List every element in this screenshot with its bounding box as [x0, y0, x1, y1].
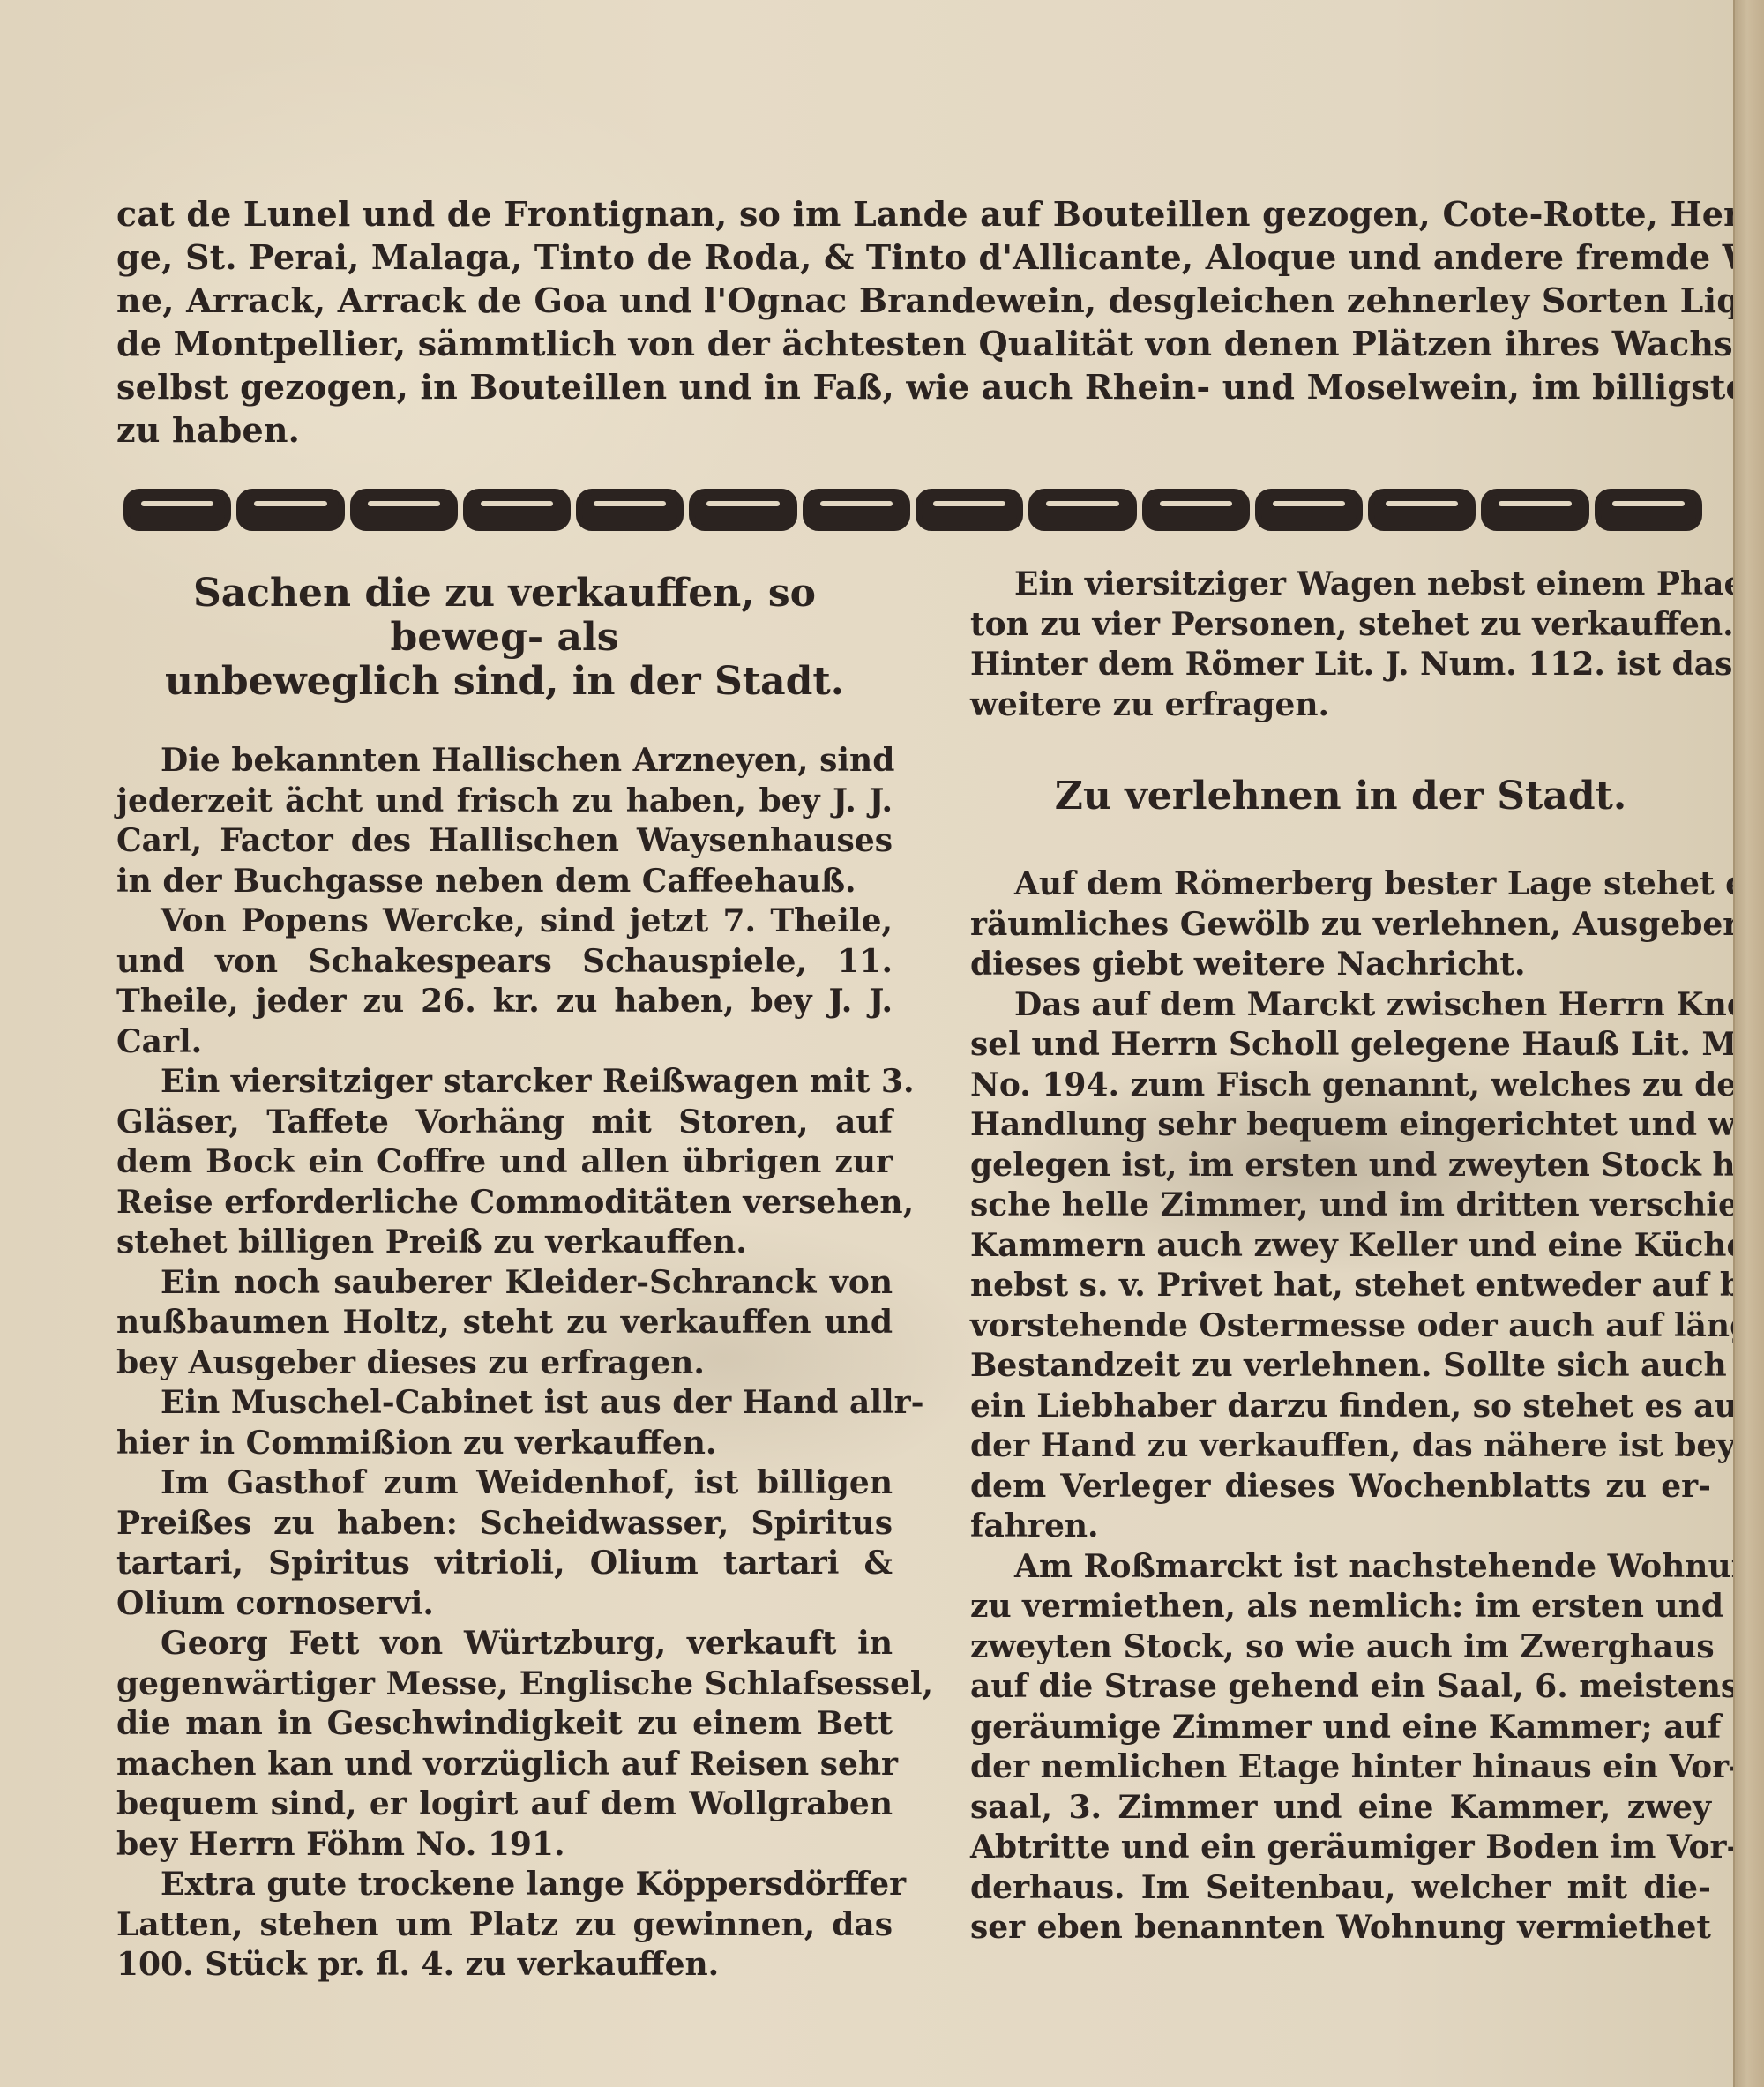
- text-line: Olium cornoservi.: [116, 1584, 893, 1625]
- text-line: derhaus. Im Seitenbau, welcher mit die-: [970, 1868, 1711, 1909]
- text-line: Gläser, Taffete Vorhäng mit Storen, auf: [116, 1103, 893, 1143]
- text-line: Im Gasthof zum Weidenhof, ist billigen: [116, 1463, 893, 1504]
- text-line: dem Verleger dieses Wochenblatts zu er-: [970, 1467, 1711, 1507]
- text-line: Ein Muschel-Cabinet ist aus der Hand all…: [116, 1383, 893, 1424]
- text-line: Latten, stehen um Platz zu gewinnen, das: [116, 1905, 893, 1946]
- chain-link-icon: [1595, 489, 1702, 531]
- notice-roemerberg-gewoelb: Auf dem Römerberg bester Lage stehet ein…: [970, 864, 1711, 985]
- notice-haus-zum-fisch: Das auf dem Marckt zwischen Herrn Knei- …: [970, 985, 1711, 1547]
- text-line: Carl, Factor des Hallischen Waysenhauses: [116, 821, 893, 862]
- text-line: Preißes zu haben: Scheidwasser, Spiritus: [116, 1504, 893, 1545]
- text-line: fahren.: [970, 1507, 1711, 1547]
- text-line: selbst gezogen, in Bouteillen und in Faß…: [116, 365, 1713, 408]
- continued-wine-advertisement: cat de Lunel und de Frontignan, so im La…: [116, 192, 1713, 452]
- chain-link-icon: [1028, 489, 1136, 531]
- text-line: ein Liebhaber darzu finden, so stehet es…: [970, 1387, 1711, 1427]
- right-column: Ein viersitziger Wagen nebst einem Phae-…: [970, 565, 1711, 1949]
- chain-link-icon: [576, 489, 684, 531]
- chain-link-icon: [803, 489, 910, 531]
- text-line: nußbaumen Holtz, steht zu verkauffen und: [116, 1303, 893, 1343]
- text-line: zu haben.: [116, 408, 1713, 452]
- text-line: zweyten Stock, so wie auch im Zwerghaus: [970, 1627, 1711, 1668]
- text-line: auf die Strase gehend ein Saal, 6. meist…: [970, 1667, 1711, 1708]
- newspaper-page: cat de Lunel und de Frontignan, so im La…: [0, 0, 1733, 2087]
- adjacent-page-edge: [1733, 0, 1764, 2087]
- chain-link-icon: [1481, 489, 1588, 531]
- chain-link-icon: [689, 489, 796, 531]
- notice-muschel-cabinet: Ein Muschel-Cabinet ist aus der Hand all…: [116, 1383, 893, 1463]
- text-line: gelegen ist, im ersten und zweyten Stock…: [970, 1146, 1711, 1186]
- text-line: ne, Arrack, Arrack de Goa und l'Ognac Br…: [116, 279, 1713, 322]
- chain-link-icon: [916, 489, 1023, 531]
- text-line: dieses giebt weitere Nachricht.: [970, 945, 1711, 985]
- text-line: gegenwärtiger Messe, Englische Schlafses…: [116, 1664, 893, 1705]
- notice-phaeton-wagen: Ein viersitziger Wagen nebst einem Phae-…: [970, 565, 1711, 725]
- text-line: Hinter dem Römer Lit. J. Num. 112. ist d…: [970, 645, 1711, 685]
- text-line: jederzeit ächt und frisch zu haben, bey …: [116, 782, 893, 822]
- text-line: bey Ausgeber dieses zu erfragen.: [116, 1343, 893, 1384]
- text-line: dem Bock ein Coffre und allen übrigen zu…: [116, 1142, 893, 1183]
- text-line: ser eben benannten Wohnung vermiethet: [970, 1908, 1711, 1949]
- text-line: Reise erforderliche Commoditäten versehe…: [116, 1183, 893, 1223]
- left-column: Sachen die zu verkauffen, so beweg- als …: [116, 565, 893, 1986]
- text-line: Abtritte und ein geräumiger Boden im Vor…: [970, 1828, 1711, 1868]
- text-line: räumliches Gewölb zu verlehnen, Ausgeber: [970, 905, 1711, 946]
- text-line: 100. Stück pr. fl. 4. zu verkauffen.: [116, 1945, 893, 1986]
- chain-link-icon: [1255, 489, 1363, 531]
- notice-popens-wercke: Von Popens Wercke, sind jetzt 7. Theile,…: [116, 901, 893, 1062]
- text-line: die man in Geschwindigkeit zu einem Bett: [116, 1704, 893, 1745]
- text-line: Am Roßmarckt ist nachstehende Wohnung: [970, 1547, 1711, 1588]
- text-line: Carl.: [116, 1022, 893, 1063]
- notice-kleider-schranck: Ein noch sauberer Kleider-Schranck von n…: [116, 1263, 893, 1384]
- notice-rossmarckt-wohnung: Am Roßmarckt ist nachstehende Wohnung zu…: [970, 1547, 1711, 1949]
- section-heading-to-let: Zu verlehnen in der Stadt.: [970, 774, 1711, 819]
- text-line: cat de Lunel und de Frontignan, so im La…: [116, 192, 1713, 236]
- chain-link-icon: [1142, 489, 1250, 531]
- text-line: in der Buchgasse neben dem Caffeehauß.: [116, 862, 893, 902]
- notice-georg-fett: Georg Fett von Würtzburg, verkauft in ge…: [116, 1624, 893, 1865]
- text-line: vorstehende Ostermesse oder auch auf län…: [970, 1306, 1711, 1347]
- text-line: Ein viersitziger Wagen nebst einem Phae-: [970, 565, 1711, 605]
- text-line: Das auf dem Marckt zwischen Herrn Knei-: [970, 985, 1711, 1026]
- text-line: Theile, jeder zu 26. kr. zu haben, bey J…: [116, 982, 893, 1022]
- chain-link-icon: [1368, 489, 1476, 531]
- text-line: No. 194. zum Fisch genannt, welches zu d…: [970, 1066, 1711, 1106]
- notice-koeppersdoerffer-latten: Extra gute trockene lange Köppersdörffer…: [116, 1865, 893, 1986]
- notice-reisswagen: Ein viersitziger starcker Reißwagen mit …: [116, 1062, 893, 1263]
- chain-link-icon: [350, 489, 458, 531]
- text-line: Ein noch sauberer Kleider-Schranck von: [116, 1263, 893, 1304]
- text-line: de Montpellier, sämmtlich von der ächtes…: [116, 322, 1713, 365]
- chain-link-icon: [236, 489, 344, 531]
- text-line: tartari, Spiritus vitrioli, Olium tartar…: [116, 1544, 893, 1584]
- chain-link-icon: [463, 489, 571, 531]
- text-line: bey Herrn Föhm No. 191.: [116, 1825, 893, 1866]
- text-line: sche helle Zimmer, und im dritten versch…: [970, 1186, 1711, 1226]
- chain-link-icon: [123, 489, 231, 531]
- text-line: Extra gute trockene lange Köppersdörffer: [116, 1865, 893, 1905]
- text-line: bequem sind, er logirt auf dem Wollgrabe…: [116, 1784, 893, 1825]
- text-line: Handlung sehr bequem eingerichtet und wo…: [970, 1105, 1711, 1146]
- heading-line: Sachen die zu verkauffen, so beweg- als: [116, 572, 893, 660]
- text-line: stehet billigen Preiß zu verkauffen.: [116, 1223, 893, 1263]
- text-line: machen kan und vorzüglich auf Reisen seh…: [116, 1745, 893, 1785]
- text-line: geräumige Zimmer und eine Kammer; auf: [970, 1708, 1711, 1748]
- text-line: zu vermiethen, als nemlich: im ersten un…: [970, 1587, 1711, 1627]
- text-line: nebst s. v. Privet hat, stehet entweder …: [970, 1266, 1711, 1306]
- text-line: sel und Herrn Scholl gelegene Hauß Lit. …: [970, 1025, 1711, 1066]
- text-line: Bestandzeit zu verlehnen. Sollte sich au…: [970, 1346, 1711, 1387]
- text-line: Auf dem Römerberg bester Lage stehet ein: [970, 864, 1711, 905]
- text-line: und von Schakespears Schauspiele, 11.: [116, 942, 893, 983]
- text-line: der nemlichen Etage hinter hinaus ein Vo…: [970, 1747, 1711, 1788]
- text-line: ge, St. Perai, Malaga, Tinto de Roda, & …: [116, 236, 1713, 279]
- notice-gasthof-weidenhof: Im Gasthof zum Weidenhof, ist billigen P…: [116, 1463, 893, 1624]
- text-line: ton zu vier Personen, stehet zu verkauff…: [970, 605, 1711, 646]
- text-line: weitere zu erfragen.: [970, 685, 1711, 726]
- heading-line: unbeweglich sind, in der Stadt.: [116, 660, 893, 704]
- text-line: Kammern auch zwey Keller und eine Küche: [970, 1226, 1711, 1267]
- text-line: hier in Commißion zu verkauffen.: [116, 1424, 893, 1464]
- section-heading-for-sale: Sachen die zu verkauffen, so beweg- als …: [116, 572, 893, 704]
- text-line: Von Popens Wercke, sind jetzt 7. Theile,: [116, 901, 893, 942]
- notice-hallische-arzneyen: Die bekannten Hallischen Arzneyen, sind …: [116, 741, 893, 901]
- text-line: Georg Fett von Würtzburg, verkauft in: [116, 1624, 893, 1664]
- text-line: der Hand zu verkauffen, das nähere ist b…: [970, 1426, 1711, 1467]
- text-line: Die bekannten Hallischen Arzneyen, sind: [116, 741, 893, 782]
- text-line: saal, 3. Zimmer und eine Kammer, zwey: [970, 1788, 1711, 1829]
- chain-ornament-divider: [123, 488, 1702, 532]
- text-line: Ein viersitziger starcker Reißwagen mit …: [116, 1062, 893, 1103]
